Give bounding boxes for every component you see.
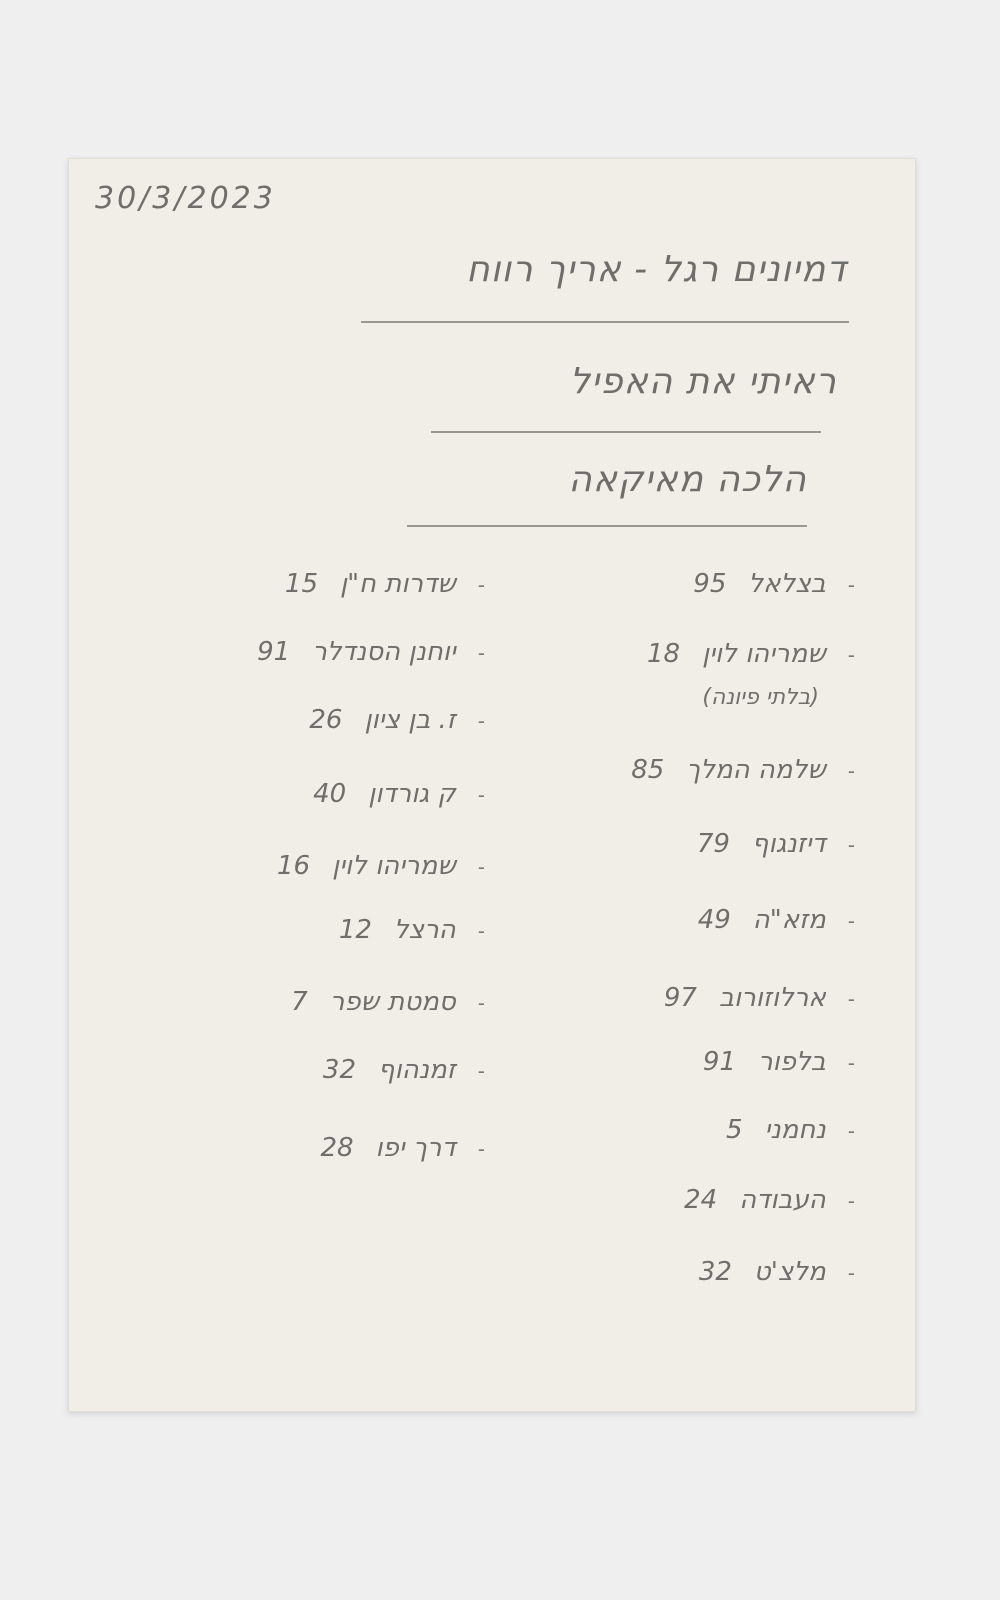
street-number: 28 bbox=[320, 1133, 353, 1163]
bullet-dash: - bbox=[478, 783, 485, 807]
list-item: - דרך יפו 28 bbox=[320, 1133, 485, 1163]
bullet-dash: - bbox=[848, 1261, 855, 1285]
list-item: - מזא"ה 49 bbox=[698, 905, 855, 935]
address-list-right: - בצלאל 95 - שמריהו לוין 18 (בלתי פיונה)… bbox=[525, 559, 855, 1319]
street-number: 91 bbox=[703, 1047, 736, 1077]
bullet-dash: - bbox=[478, 573, 485, 597]
street-name: שמריהו לוין bbox=[332, 851, 456, 881]
street-name: שלמה המלך bbox=[686, 755, 826, 785]
street-number: 40 bbox=[313, 779, 346, 809]
list-item: - בלפור 91 bbox=[703, 1047, 855, 1077]
street-name: סמטת שפר bbox=[330, 987, 456, 1017]
list-item: - דיזנגוף 79 bbox=[697, 829, 855, 859]
list-item: - ק גורדון 40 bbox=[313, 779, 485, 809]
street-name: בצלאל bbox=[748, 569, 825, 599]
date: 30/3/2023 bbox=[95, 181, 276, 216]
title-underline-1 bbox=[361, 321, 849, 323]
list-item: - זמנהוף 32 bbox=[323, 1055, 485, 1085]
list-item: - נחמני 5 bbox=[726, 1115, 855, 1145]
street-name: מלצ'ט bbox=[754, 1257, 826, 1287]
street-number: 79 bbox=[697, 829, 730, 859]
list-item: - יוחנן הסנדלר 91 bbox=[257, 637, 485, 667]
street-name: ארלוזורוב bbox=[719, 983, 826, 1013]
street-number: 16 bbox=[277, 851, 310, 881]
street-name: יוחנן הסנדלר bbox=[312, 637, 456, 667]
list-item: - ארלוזורוב 97 bbox=[664, 983, 855, 1013]
title-underline-3 bbox=[407, 525, 807, 527]
street-number: 7 bbox=[291, 987, 308, 1017]
bullet-dash: - bbox=[848, 909, 855, 933]
bullet-dash: - bbox=[478, 709, 485, 733]
bullet-dash: - bbox=[478, 641, 485, 665]
street-name: ז. בן ציון bbox=[364, 705, 455, 735]
bullet-dash: - bbox=[848, 1051, 855, 1075]
bullet-dash: - bbox=[848, 759, 855, 783]
bullet-dash: - bbox=[848, 573, 855, 597]
list-item: - העבודה 24 bbox=[684, 1185, 855, 1215]
list-item: - שמריהו לוין 16 bbox=[277, 851, 485, 881]
bullet-dash: - bbox=[478, 855, 485, 879]
title-line-2: ראיתי את האפיל bbox=[570, 361, 837, 402]
address-list-left: - שדרות ח"ן 15 - יוחנן הסנדלר 91 - ז. בן… bbox=[155, 559, 485, 1199]
list-item: - סמטת שפר 7 bbox=[291, 987, 485, 1017]
street-number: 32 bbox=[323, 1055, 356, 1085]
bullet-dash: - bbox=[478, 991, 485, 1015]
bullet-dash: - bbox=[848, 987, 855, 1011]
bullet-dash: - bbox=[848, 1189, 855, 1213]
street-name: בלפור bbox=[758, 1047, 826, 1077]
bullet-dash: - bbox=[848, 833, 855, 857]
street-name: דיזנגוף bbox=[752, 829, 826, 859]
list-item: - הרצל 12 bbox=[339, 915, 485, 945]
bullet-dash: - bbox=[478, 1137, 485, 1161]
bullet-dash: - bbox=[478, 1059, 485, 1083]
title-line-1: דמיונים רגל - אריך רווח bbox=[466, 249, 847, 290]
street-name: זמנהוף bbox=[378, 1055, 456, 1085]
street-name: שדרות ח"ן bbox=[340, 569, 456, 599]
street-number: 91 bbox=[257, 637, 290, 667]
street-number: 32 bbox=[699, 1257, 732, 1287]
list-item: - ז. בן ציון 26 bbox=[309, 705, 485, 735]
street-number: 5 bbox=[726, 1115, 743, 1145]
title-underline-2 bbox=[431, 431, 821, 433]
note-paper: 30/3/2023 דמיונים רגל - אריך רווח ראיתי … bbox=[68, 158, 916, 1412]
street-number: 15 bbox=[285, 569, 318, 599]
street-number: 85 bbox=[631, 755, 664, 785]
street-name: הרצל bbox=[394, 915, 456, 945]
street-name: שמריהו לוין bbox=[702, 639, 826, 669]
note-text: (בלתי פיונה) bbox=[702, 685, 819, 710]
street-number: 12 bbox=[339, 915, 372, 945]
bullet-dash: - bbox=[478, 919, 485, 943]
title-line-3: הלכה מאיקאה bbox=[568, 459, 807, 500]
street-name: דרך יפו bbox=[376, 1133, 456, 1163]
street-number: 18 bbox=[647, 639, 680, 669]
street-number: 95 bbox=[693, 569, 726, 599]
street-name: העבודה bbox=[739, 1185, 826, 1215]
street-number: 24 bbox=[684, 1185, 717, 1215]
street-number: 97 bbox=[664, 983, 697, 1013]
street-number: 49 bbox=[698, 905, 731, 935]
list-item: - שלמה המלך 85 bbox=[631, 755, 855, 785]
list-item: - שמריהו לוין 18 bbox=[647, 639, 855, 669]
bullet-dash: - bbox=[848, 1119, 855, 1143]
list-item: - בצלאל 95 bbox=[693, 569, 855, 599]
street-name: נחמני bbox=[765, 1115, 826, 1145]
list-item: - מלצ'ט 32 bbox=[699, 1257, 855, 1287]
street-number: 26 bbox=[309, 705, 342, 735]
list-item-note: (בלתי פיונה) bbox=[702, 685, 819, 710]
street-name: ק גורדון bbox=[368, 779, 456, 809]
list-item: - שדרות ח"ן 15 bbox=[285, 569, 485, 599]
street-name: מזא"ה bbox=[753, 905, 826, 935]
bullet-dash: - bbox=[848, 643, 855, 667]
